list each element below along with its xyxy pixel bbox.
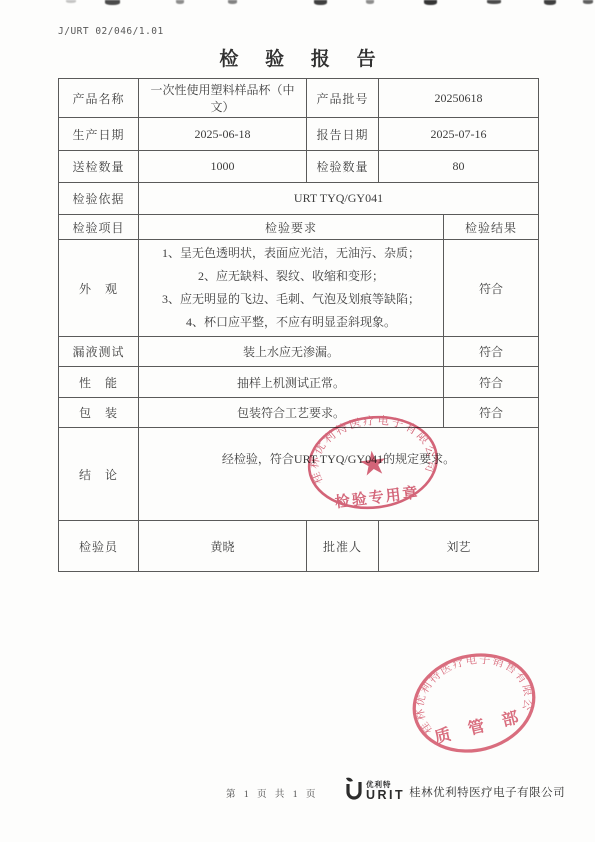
requirement-line: 1、呈无色透明状，表面应光洁，无油污、杂质； bbox=[143, 242, 439, 265]
inspected-qty-label: 检验数量 bbox=[307, 151, 379, 183]
scan-artifact bbox=[544, 0, 556, 5]
scan-artifact bbox=[66, 0, 76, 3]
table-row: 产品名称 一次性使用塑料样品杯（中文） 产品批号 20250618 bbox=[59, 79, 539, 118]
scan-artifact bbox=[424, 0, 437, 5]
appearance-item-label: 外 观 bbox=[59, 240, 139, 337]
scan-artifact bbox=[228, 0, 237, 4]
scan-artifact bbox=[487, 0, 501, 4]
table-row: 生产日期 2025-06-18 报告日期 2025-07-16 bbox=[59, 118, 539, 151]
inspection-basis-label: 检验依据 bbox=[59, 183, 139, 215]
column-header-item: 检验项目 bbox=[59, 215, 139, 240]
quality-stamp-seal-icon: 桂林优利特医疗电子销售有限公司 质 管 部 bbox=[378, 618, 570, 788]
column-header-requirement: 检验要求 bbox=[139, 215, 444, 240]
table-row: 性 能 抽样上机测试正常。 符合 bbox=[59, 367, 539, 398]
logo-english: URIT bbox=[366, 789, 405, 802]
product-name-label: 产品名称 bbox=[59, 79, 139, 118]
production-date-value: 2025-06-18 bbox=[139, 118, 307, 151]
performance-result: 符合 bbox=[444, 367, 539, 398]
requirement-line: 2、应无缺料、裂纹、收缩和变形； bbox=[143, 265, 439, 288]
report-date-value: 2025-07-16 bbox=[379, 118, 539, 151]
table-row: 送检数量 1000 检验数量 80 bbox=[59, 151, 539, 183]
inspection-stamp-seal-icon: 桂林优利特医疗电子有限公司 ★ 检验专用章 bbox=[281, 394, 464, 532]
approver-name: 刘艺 bbox=[379, 521, 539, 572]
batch-number-value: 20250618 bbox=[379, 79, 539, 118]
appearance-result: 符合 bbox=[444, 240, 539, 337]
page-number: 第 1 页 共 1 页 bbox=[226, 786, 318, 800]
table-row: 检验依据 URT TYQ/GY041 bbox=[59, 183, 539, 215]
scan-artifact bbox=[314, 0, 327, 5]
scan-artifact bbox=[583, 0, 593, 4]
submitted-qty-value: 1000 bbox=[139, 151, 307, 183]
inspector-name: 黄晓 bbox=[139, 521, 307, 572]
batch-number-label: 产品批号 bbox=[307, 79, 379, 118]
stamp-department-text: 质 管 部 bbox=[432, 706, 527, 747]
inspection-stamp: 桂林优利特医疗电子有限公司 ★ 检验专用章 bbox=[281, 394, 464, 532]
inspected-qty-value: 80 bbox=[379, 151, 539, 183]
requirement-line: 3、应无明显的飞边、毛刺、气泡及划痕等缺陷； bbox=[143, 288, 439, 311]
column-header-result: 检验结果 bbox=[444, 215, 539, 240]
scan-artifact bbox=[105, 0, 120, 5]
scan-artifact bbox=[366, 0, 374, 4]
appearance-requirements: 1、呈无色透明状，表面应光洁，无油污、杂质； 2、应无缺料、裂纹、收缩和变形； … bbox=[139, 240, 444, 337]
performance-label: 性 能 bbox=[59, 367, 139, 398]
scanned-inspection-report-page: J/URT 02/046/1.01 检 验 报 告 产品名称 一次性使用塑料样品… bbox=[0, 0, 595, 842]
packaging-result: 符合 bbox=[444, 398, 539, 428]
production-date-label: 生产日期 bbox=[59, 118, 139, 151]
requirement-line: 4、杯口应平整，不应有明显歪斜现象。 bbox=[143, 311, 439, 334]
product-name-value: 一次性使用塑料样品杯（中文） bbox=[139, 79, 307, 118]
table-row: 外 观 1、呈无色透明状，表面应光洁，无油污、杂质； 2、应无缺料、裂纹、收缩和… bbox=[59, 240, 539, 337]
urit-logo-icon bbox=[344, 777, 364, 801]
report-date-label: 报告日期 bbox=[307, 118, 379, 151]
conclusion-label: 结 论 bbox=[59, 428, 139, 521]
scan-artifact bbox=[176, 0, 184, 4]
document-code: J/URT 02/046/1.01 bbox=[58, 26, 164, 37]
quality-dept-stamp: 桂林优利特医疗电子销售有限公司 质 管 部 bbox=[378, 618, 570, 788]
table-row: 漏液测试 装上水应无渗漏。 符合 bbox=[59, 337, 539, 367]
leak-test-result: 符合 bbox=[444, 337, 539, 367]
inspection-basis-value: URT TYQ/GY041 bbox=[139, 183, 539, 215]
inspector-label: 检验员 bbox=[59, 521, 139, 572]
footer-company-name: 桂林优利特医疗电子有限公司 bbox=[409, 784, 565, 801]
submitted-qty-label: 送检数量 bbox=[59, 151, 139, 183]
packaging-label: 包 装 bbox=[59, 398, 139, 428]
star-icon: ★ bbox=[356, 445, 390, 484]
urit-logo-text: 优利特 URIT bbox=[366, 781, 405, 801]
footer-logo: 优利特 URIT 桂林优利特医疗电子有限公司 bbox=[344, 777, 565, 801]
page-title: 检 验 报 告 bbox=[0, 44, 595, 71]
leak-test-label: 漏液测试 bbox=[59, 337, 139, 367]
performance-requirement: 抽样上机测试正常。 bbox=[139, 367, 444, 398]
leak-test-requirement: 装上水应无渗漏。 bbox=[139, 337, 444, 367]
table-header-row: 检验项目 检验要求 检验结果 bbox=[59, 215, 539, 240]
